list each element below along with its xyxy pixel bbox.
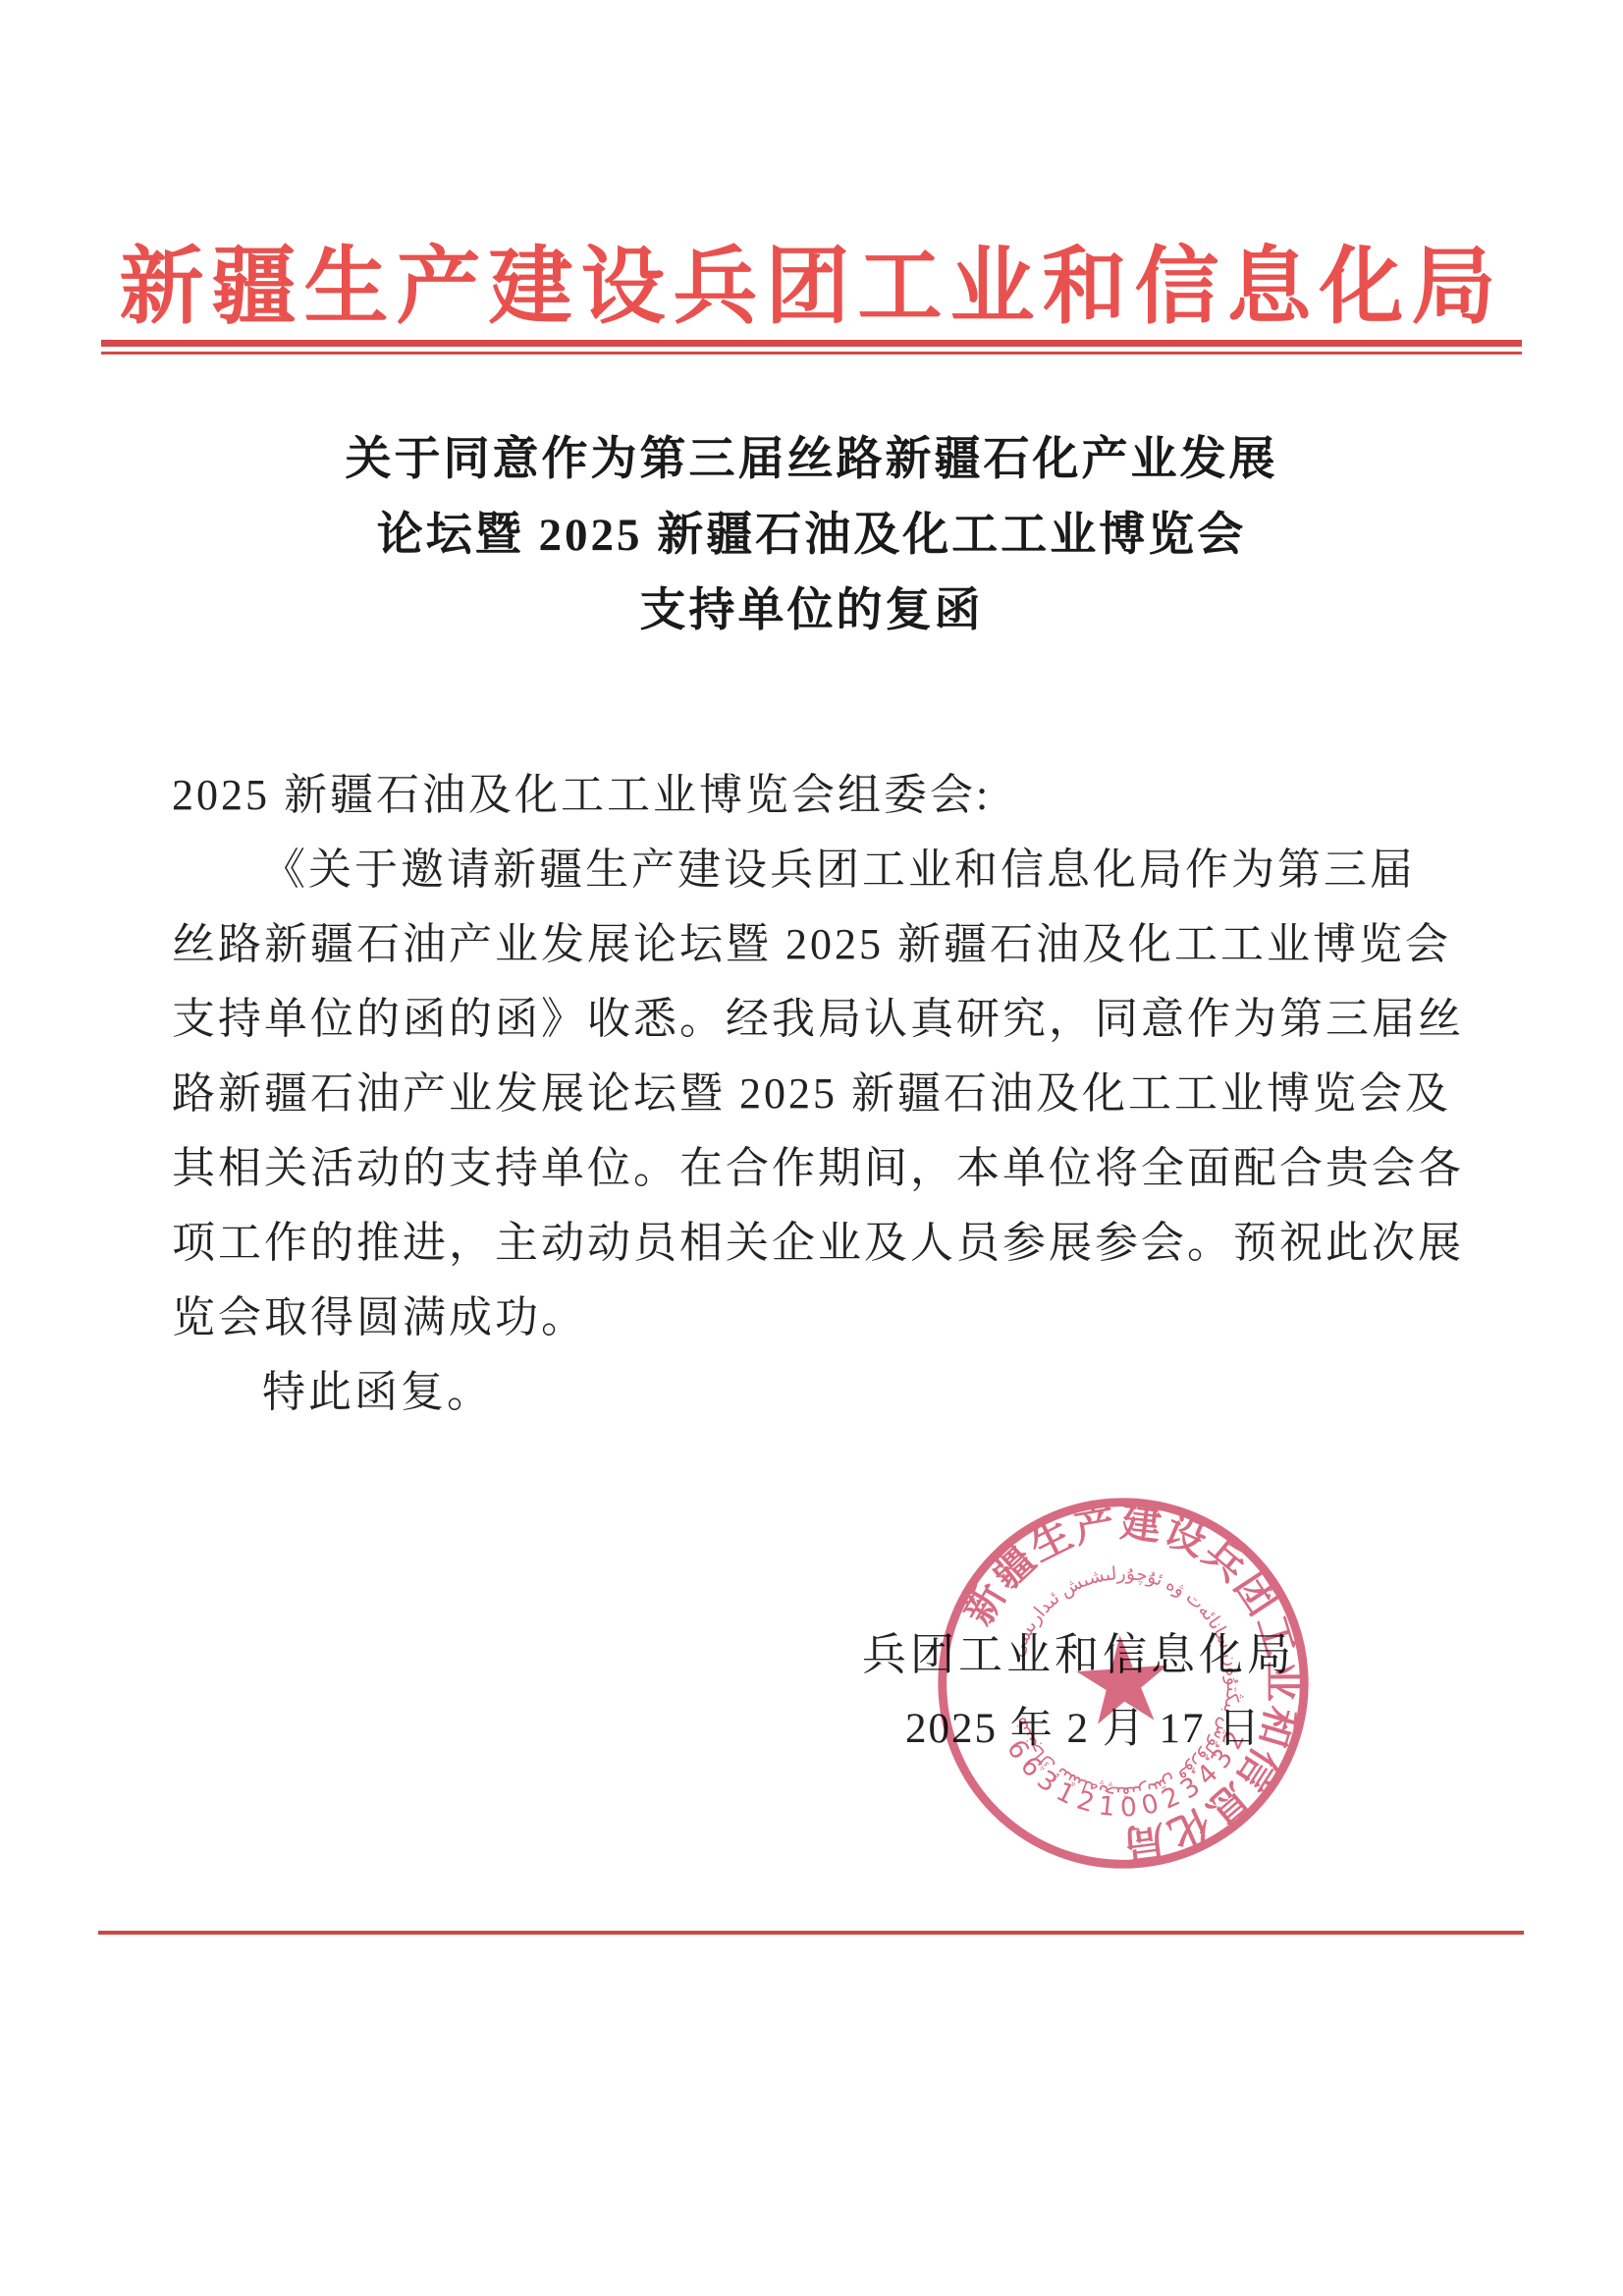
- paragraph-line: 其相关活动的支持单位。在合作期间，本单位将全面配合贵会各: [172, 1131, 1483, 1206]
- letterhead-rule-thin: [101, 352, 1522, 355]
- letter-body: 2025 新疆石油及化工工业博览会组委会: 《关于邀请新疆生产建设兵团工业和信息…: [172, 758, 1483, 1430]
- salutation: 2025 新疆石油及化工工业博览会组委会:: [172, 758, 1483, 833]
- official-seal: 新疆生产建设兵团工业和信息化局 شىنجاڭ ئىشلەپچىقىرىش قۇر…: [918, 1478, 1328, 1888]
- document-title-line-2: 论坛暨 2025 新疆石油及化工工业博览会: [0, 498, 1623, 574]
- footer-rule: [98, 1931, 1524, 1935]
- paragraph-line: 丝路新疆石油产业发展论坛暨 2025 新疆石油及化工工业博览会: [172, 907, 1483, 982]
- paragraph-line: 览会取得圆满成功。: [172, 1281, 1483, 1355]
- paragraph-line: 项工作的推进，主动动员相关企业及人员参展参会。预祝此次展: [172, 1206, 1483, 1281]
- paragraph-line: 支持单位的函的函》收悉。经我局认真研究，同意作为第三届丝: [172, 982, 1483, 1057]
- closing-line: 特此函复。: [172, 1355, 1483, 1430]
- document-page: 新疆生产建设兵团工业和信息化局 关于同意作为第三届丝路新疆石化产业发展 论坛暨 …: [0, 0, 1623, 2296]
- document-title-line-3: 支持单位的复函: [0, 574, 1623, 649]
- letterhead-rule-thick: [101, 340, 1522, 347]
- seal-star-icon: [1074, 1632, 1171, 1725]
- paragraph-line: 《关于邀请新疆生产建设兵团工业和信息化局作为第三届: [172, 833, 1483, 907]
- document-title: 关于同意作为第三届丝路新疆石化产业发展 论坛暨 2025 新疆石油及化工工业博览…: [0, 422, 1623, 649]
- paragraph-line: 路新疆石油产业发展论坛暨 2025 新疆石油及化工工业博览会及: [172, 1057, 1483, 1131]
- letterhead-agency-name: 新疆生产建设兵团工业和信息化局: [0, 218, 1623, 340]
- document-title-line-1: 关于同意作为第三届丝路新疆石化产业发展: [0, 422, 1623, 498]
